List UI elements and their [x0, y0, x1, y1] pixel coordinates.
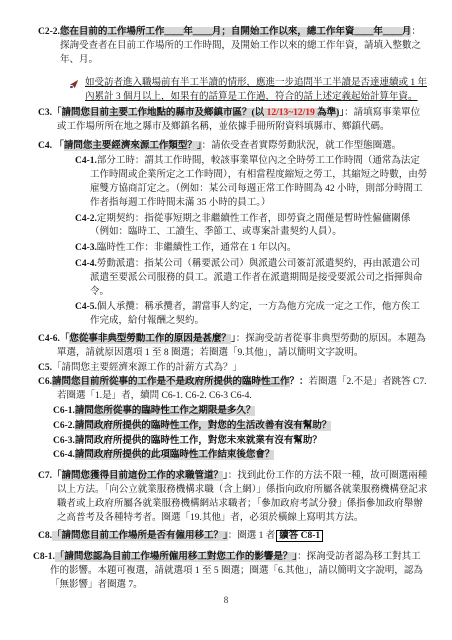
definition-item-c4-2: C4-2.定期契約：指從事短期之非繼續性工作者，即勞資之間僅是暫時性僱傭關係（例… [75, 213, 428, 241]
definition-text: 臨時性工作：非繼續性工作，通常在 1 年以內。 [97, 243, 297, 253]
question-text: 請問政府所提供的臨時性工作，對您未來就業有沒有幫助？ [75, 436, 322, 446]
definition-item-c4-5: C4-5.個人承攬：稱承攬者，謂當事人約定，一方為他方完成一定之工作，他方俟工作… [75, 301, 428, 329]
plane-bullet-icon [69, 79, 79, 95]
definition-text: 部分工時：謂其工作時間，較該事業單位內之全時勞工工作時間（通常為法定工作時間或企… [90, 156, 427, 207]
document-content: C2-2.您在目前的工作場所工作＿＿年＿＿月；自開始工作以來，總工作年資＿＿年＿… [0, 0, 452, 592]
highlighted-question-text: 「請問您目前工作場所是否有僱用移工？」 [52, 531, 228, 541]
explanation-text: ：圈選 1 者 [228, 531, 276, 541]
question-item-c3: C3.「請問您目前主要工作地點的縣市及鄉鎮市區？(以 12/13~12/19 為… [38, 107, 428, 135]
item-label: C8-1. [33, 552, 55, 562]
item-label: C2-2. [38, 27, 60, 37]
highlighted-question-text: 您在目前的工作場所工作＿＿年＿＿月；自開始工作以來，總工作年資＿＿年＿＿月 [60, 27, 412, 37]
question-item-c8: C8.「請問您目前工作場所是否有僱用移工？」：圈選 1 者續答 C8-1 [38, 530, 428, 544]
item-label: C4-2. [75, 214, 97, 224]
item-label: C4. [38, 141, 52, 151]
highlighted-question-text: 請問您主要經濟來源工作類型？」 [64, 141, 202, 151]
item-label: C6-4. [53, 450, 75, 460]
item-label: C4-3. [75, 243, 97, 253]
page-number: 8 [0, 594, 452, 608]
highlighted-question-text: 請問您目前主要工作地點的縣市及鄉鎮市區？(以 12/13~12/19 為準) [62, 108, 340, 118]
question-mark-text: ？： [290, 377, 309, 387]
definition-text: 定期契約：指從事短期之非繼續性工作者，即勞資之間僅是暫時性僱傭關係（例如：臨時工… [90, 214, 410, 238]
continue-answer-box: 續答 C8-1 [276, 530, 323, 542]
quote-open: 「 [54, 141, 64, 151]
highlighted-question-text: 請問您目前所從事的工作是不是政府所提供的臨時性工作 [52, 377, 290, 387]
highlighted-question-text: 請問您所從事的臨時性工作之期限是多久？ [75, 406, 256, 416]
item-label: C4-5. [75, 302, 97, 312]
item-label: C4-4. [75, 259, 97, 269]
question-text-part: 為準) [315, 108, 340, 118]
highlighted-question-text: 請問政府所提供的臨時性工作，對您的生活改善有沒有幫助？ [75, 421, 332, 431]
question-text-part: 請問您目前主要工作地點的縣市及鄉鎮市區？(以 [62, 108, 267, 118]
item-label: C3. [38, 108, 52, 118]
highlighted-question-text: 請問政府所提供的此項臨時性工作結束後您會？ [75, 450, 275, 460]
definition-item-c4-1: C4-1.部分工時：謂其工作時間，較該事業單位內之全時勞工工作時間（通常為法定工… [75, 155, 428, 210]
question-item-c6-2: C6-2.請問政府所提供的臨時性工作，對您的生活改善有沒有幫助？ [53, 420, 428, 434]
highlighted-question-text: 您從事非典型勞動工作的原因是甚麼？ [69, 334, 231, 344]
highlighted-question-text: 「請問您認為目前工作場所僱用移工對您工作的影響是？」 [55, 552, 297, 562]
question-item-c6: C6.請問您目前所從事的工作是不是政府所提供的臨時性工作？：若圈選「2.不是」者… [38, 376, 428, 404]
explanation-text: ：請依受查者實際勞動狀況，就工作型態圈選。 [202, 141, 402, 151]
item-label: C7. [38, 471, 52, 481]
definition-text: 個人承攬：稱承攬者，謂當事人約定，一方為他方完成一定之工作，他方俟工作完成，給付… [90, 302, 420, 326]
note-text: 如受訪者進入職場前有半工半讀的情形，應進一步追問半工半讀是否達連續或 1 年內累… [85, 78, 427, 102]
definition-item-c4-4: C4-4.勞動派遣：指某公司（稱要派公司）與派遣公司簽訂派遣契約，再由派遣公司派… [75, 258, 428, 299]
question-item-c6-3: C6-3.請問政府所提供的臨時性工作，對您未來就業有沒有幫助？ [53, 435, 428, 449]
item-label: C4-1. [75, 156, 97, 166]
definition-text: 勞動派遣：指某公司（稱要派公司）與派遣公司簽訂派遣契約，再由派遣公司派遣至要派公… [90, 259, 423, 297]
document-page: C2-2.您在目前的工作場所工作＿＿年＿＿月；自開始工作以來，總工作年資＿＿年＿… [0, 0, 452, 640]
question-item-c4-6: C4-6.「您從事非典型勞動工作的原因是甚麼？」：探詢受訪者從事非典型勞動的原因… [38, 333, 428, 361]
quote-open: 「 [60, 334, 70, 344]
item-label: C6-3. [53, 436, 75, 446]
item-label: C6-2. [53, 421, 75, 431]
item-label: C4-6. [38, 334, 60, 344]
highlighted-question-text: 請問您獲得目前這份工作的求職管道？ [62, 471, 224, 481]
quote-open: 「 [52, 108, 62, 118]
item-label: C6. [38, 377, 52, 387]
question-text: 「請問您主要經濟來源工作的計薪方式為？」 [52, 363, 242, 373]
question-item-c7: C7.「請問您獲得目前這份工作的求職管道？」：找到此份工作的方法不限一種，故可圈… [38, 470, 428, 525]
question-item-c4: C4. 「請問您主要經濟來源工作類型？」：請依受查者實際勞動狀況，就工作型態圈選… [38, 140, 428, 154]
quote-open: 「 [52, 471, 62, 481]
question-item-c2-2: C2-2.您在目前的工作場所工作＿＿年＿＿月；自開始工作以來，總工作年資＿＿年＿… [38, 26, 428, 67]
definition-item-c4-3: C4-3.臨時性工作：非繼續性工作，通常在 1 年以內。 [75, 242, 428, 256]
question-item-c8-1: C8-1.「請問您認為目前工作場所僱用移工對您工作的影響是？」：探詢受訪者認為移… [33, 551, 428, 592]
question-item-c5: C5.「請問您主要經濟來源工作的計薪方式為？」 [38, 362, 428, 376]
question-item-c6-4: C6-4.請問政府所提供的此項臨時性工作結束後您會？ [53, 449, 428, 463]
question-item-c6-1: C6-1.請問您所從事的臨時性工作之期限是多久？ [53, 405, 428, 419]
interviewer-note: 如受訪者進入職場前有半工半讀的情形，應進一步追問半工半讀是否達連續或 1 年內累… [85, 77, 428, 105]
item-label: C6-1. [53, 406, 75, 416]
item-label: C5. [38, 363, 52, 373]
date-range-text: 12/13~12/19 [267, 108, 315, 118]
item-label: C8. [38, 531, 52, 541]
